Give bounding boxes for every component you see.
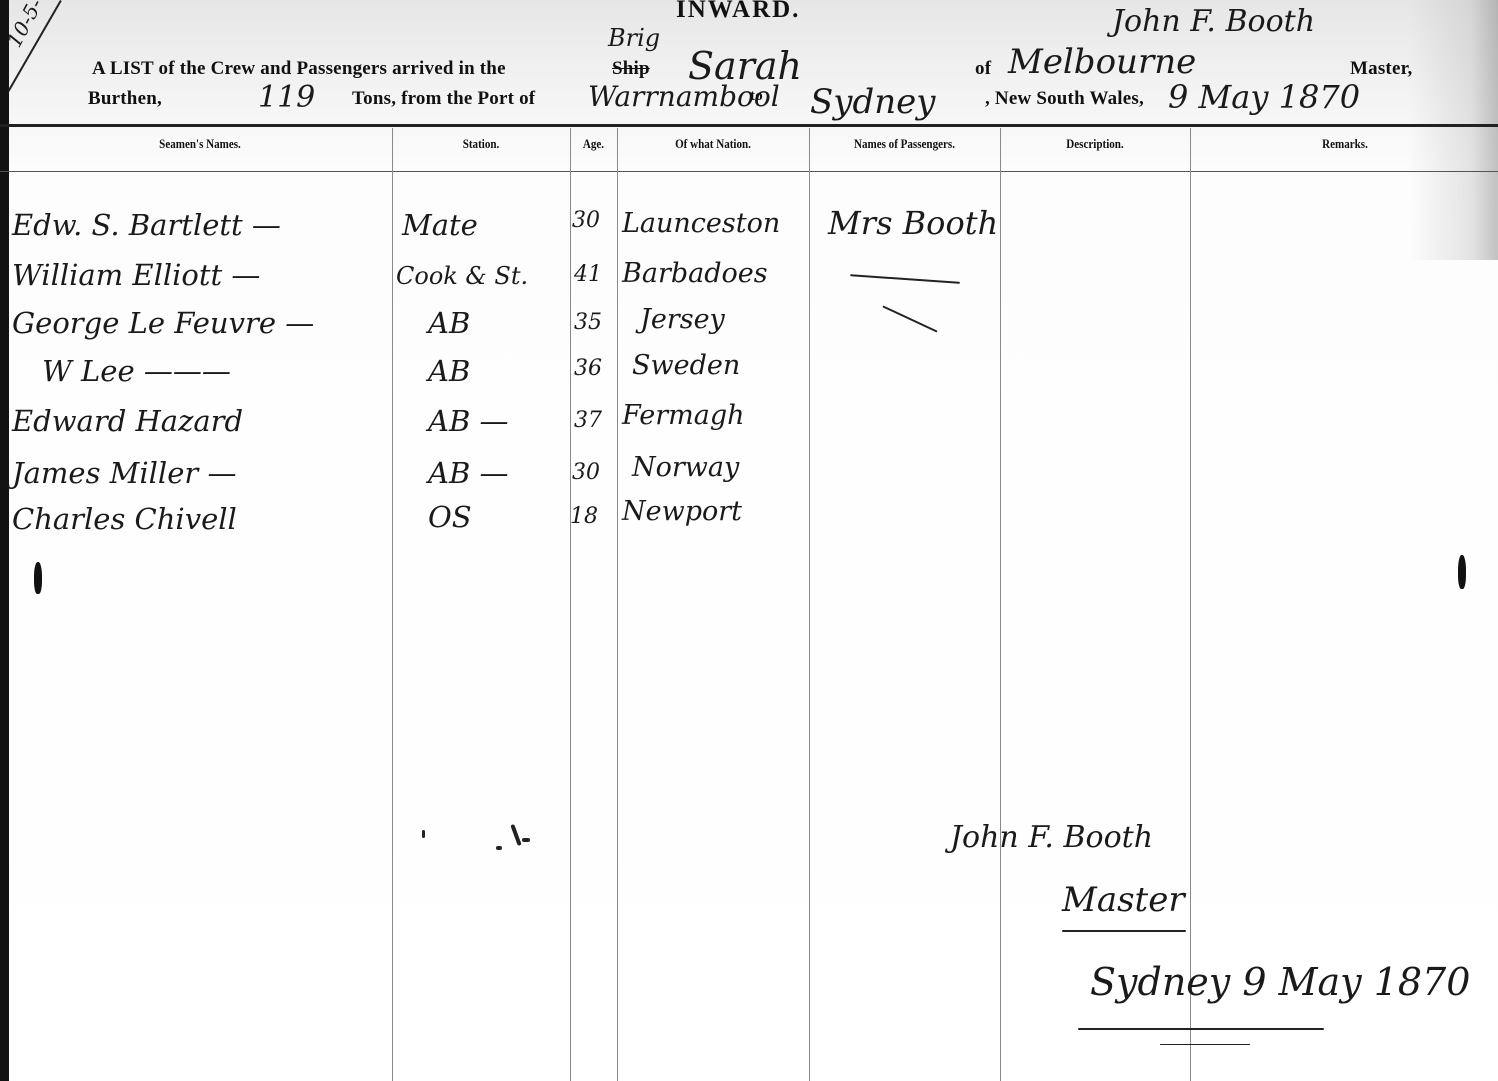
nation: Fermagh [622, 400, 745, 431]
vessel-type-printed: Ship [612, 58, 650, 80]
column-divider [1190, 128, 1191, 1081]
column-header-age: Age. [574, 136, 614, 152]
nation: Barbadoes [622, 258, 768, 289]
age: 30 [572, 208, 600, 233]
home-port: Melbourne [1008, 42, 1196, 82]
header-date: 9 May 1870 [1168, 78, 1360, 116]
tons-value: 119 [258, 80, 315, 115]
station: AB [428, 354, 470, 388]
document-page: 10-5- 983 INWARD. John F. Booth A LIST o… [0, 0, 1498, 1081]
column-divider [617, 128, 618, 1081]
punch-mark-right [1458, 555, 1466, 589]
column-header-remarks: Remarks. [1213, 136, 1477, 152]
tons-label: Tons, from the Port of [352, 88, 535, 110]
to-port: Sydney [810, 82, 936, 122]
seaman-name: Charles Chivell [12, 502, 237, 536]
age: 35 [574, 310, 602, 335]
master-label: Master, [1350, 58, 1412, 80]
header-rule-top [0, 124, 1498, 127]
age: 41 [574, 262, 602, 287]
column-divider [809, 128, 810, 1081]
nation: Norway [632, 452, 739, 483]
vessel-type-handwritten: Brig [608, 24, 660, 52]
signature-title: Master [1062, 880, 1185, 920]
burthen-label: Burthen, [88, 88, 162, 110]
nation: Newport [622, 496, 742, 527]
ditto-flourish [882, 305, 937, 332]
header-rule-bottom [0, 171, 1498, 172]
age: 37 [574, 408, 602, 433]
column-divider [1000, 128, 1001, 1081]
column-header-nation: Of what Nation. [631, 136, 794, 152]
seaman-name: James Miller — [12, 456, 236, 490]
station: AB — [428, 404, 508, 438]
nation: Launceston [622, 208, 780, 239]
column-divider [392, 128, 393, 1081]
column-divider [570, 128, 571, 1081]
seaman-name: William Elliott — [12, 258, 260, 292]
column-header-description: Description. [1014, 136, 1176, 152]
signature-title-underline [1062, 930, 1186, 932]
seaman-name: George Le Feuvre — [12, 306, 314, 340]
age: 36 [574, 356, 602, 381]
nation: Sweden [632, 350, 740, 381]
age: 30 [572, 460, 600, 485]
station: AB — [428, 456, 508, 490]
seaman-name: Edw. S. Bartlett — [12, 208, 281, 242]
ink-specks [422, 830, 425, 838]
signature-flourish [1078, 1028, 1324, 1030]
header-line1-prefix: A LIST of the Crew and Passengers arrive… [92, 58, 506, 80]
column-header-seamen-names: Seamen's Names. [39, 136, 362, 152]
station: AB [428, 306, 470, 340]
nsw-label: , New South Wales, [985, 88, 1144, 110]
nation: Jersey [640, 304, 725, 335]
column-header-station: Station. [405, 136, 556, 152]
station: Cook & St. [396, 262, 528, 290]
station: OS [428, 500, 472, 534]
column-header-passengers: Names of Passengers. [823, 136, 985, 152]
seaman-name: W Lee ——— [42, 354, 231, 388]
ink-specks [522, 838, 530, 842]
to-label: to [750, 88, 763, 105]
station: Mate [402, 208, 478, 242]
signature-name: John F. Booth [950, 820, 1153, 855]
signature-flourish [1160, 1044, 1250, 1045]
seaman-name: Edward Hazard [12, 404, 243, 438]
passenger-name: Mrs Booth [828, 204, 998, 242]
scan-left-edge [0, 0, 9, 1081]
scan-shadow [1408, 0, 1498, 260]
ditto-flourish [850, 274, 960, 284]
punch-mark-left [34, 562, 42, 594]
form-title: INWARD. [676, 0, 800, 24]
master-name-header: John F. Booth [1112, 4, 1315, 39]
signature-place-date: Sydney 9 May 1870 [1090, 960, 1470, 1004]
ink-specks [496, 846, 502, 850]
ink-specks [510, 824, 521, 846]
age: 18 [570, 504, 598, 529]
of-label: of [975, 58, 991, 80]
